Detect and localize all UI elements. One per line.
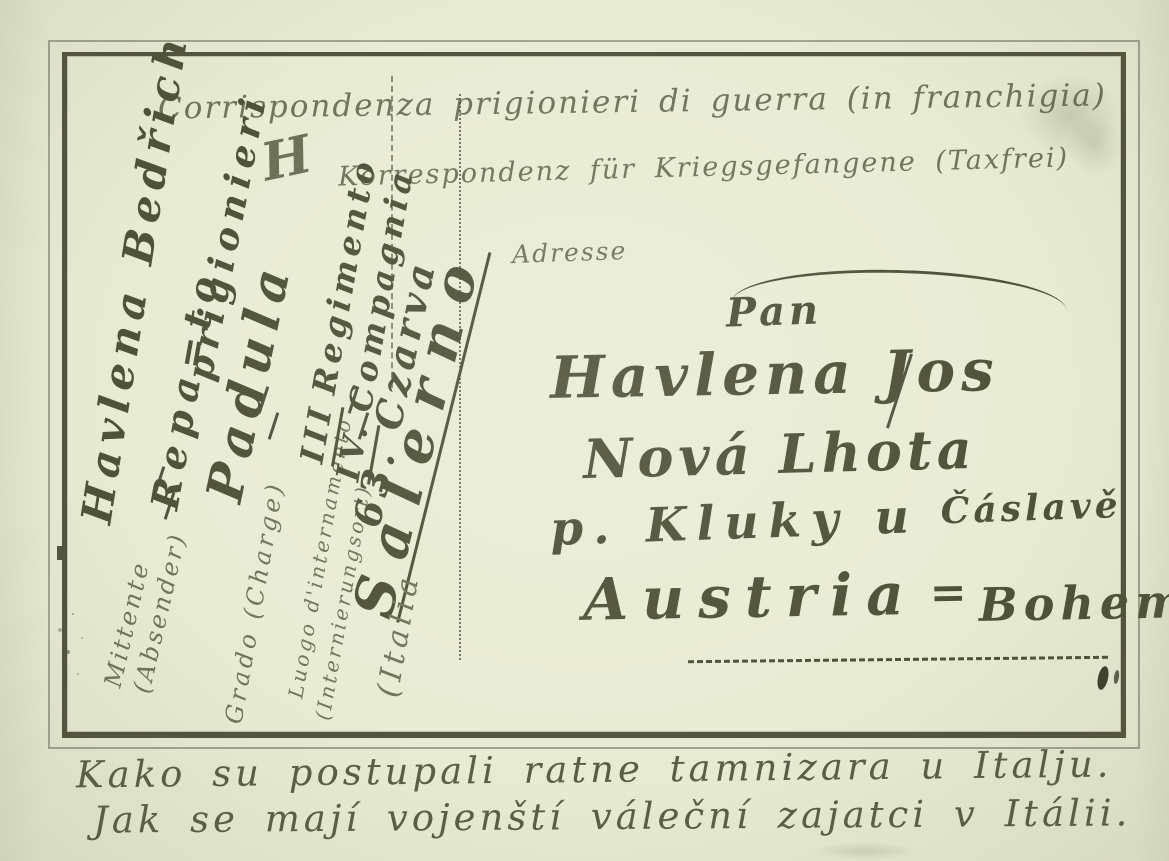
address-name: Havlena Jos xyxy=(549,336,1000,412)
address-country-line: Austria=Bohemia xyxy=(582,554,1169,634)
photo-speckles xyxy=(62,598,66,602)
address-town: Nová Lhota xyxy=(582,417,977,491)
address-separator: = xyxy=(929,567,967,619)
caption-line-croatian: Kako su postupali ratne tamnizara u Ital… xyxy=(76,743,1113,797)
address-salutation: Pan xyxy=(725,286,823,336)
adresse-label: Adresse xyxy=(512,236,628,269)
address-district: Čáslavě xyxy=(940,484,1122,532)
postcard-photo: Corrispondenza prigionieri di guerra (in… xyxy=(0,0,1169,861)
photo-stain xyxy=(790,838,940,861)
address-country: Austria xyxy=(582,560,918,634)
border-blemish xyxy=(57,546,67,560)
caption-line-czech: Jak se mají vojenští váleční zajatci v I… xyxy=(93,791,1132,841)
address-region: Bohemia xyxy=(978,573,1169,632)
